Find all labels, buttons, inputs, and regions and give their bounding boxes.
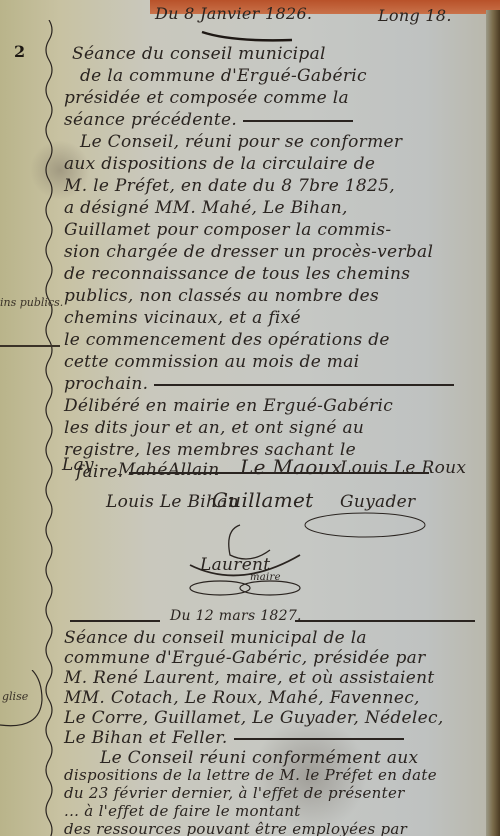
date-text: Du 8 Janvier 1826. [155,4,312,23]
signature: Le Maoux [240,455,342,479]
text-line: aux dispositions de la circulaire de [64,154,375,174]
text-line: des ressources pouvant être employées pa… [64,820,407,836]
text-line: publics, non classés au nombre des [64,286,379,306]
text-line: le commencement des opérations de [64,330,390,350]
text-line: commune d'Ergué-Gabéric, présidée par [64,648,426,668]
text-line: M. René Laurent, maire, et où assistaien… [64,668,435,688]
underline-flourish-icon [200,28,300,42]
text-line: MM. Cotach, Le Roux, Mahé, Favennec, [64,688,420,708]
signature: Guillamet [212,488,314,512]
margin-prefix: Lay [62,455,94,475]
line-filler-dash [243,120,353,122]
text-line: Guillamet pour composer la commis- [64,220,391,240]
signature: Louis Le Roux [340,458,466,478]
text-line: cette commission au mois de mai [64,352,359,372]
signature: Allain [168,460,219,480]
text-line: a désigné MM. Mahé, Le Bihan, [64,198,348,218]
text-line: de la commune d'Ergué-Gabéric [80,66,367,86]
text-line: Le Corre, Guillamet, Le Guyader, Nédelec… [64,708,444,728]
text-line: séance précédente. [64,110,353,130]
line-filler-dash [234,738,404,740]
text-line: dispositions de la lettre de M. le Préfe… [64,766,437,784]
folio-mark: 2 [14,42,25,61]
text-line: Le Conseil, réuni pour se conformer [80,132,402,152]
line-filler-dash [154,384,454,386]
text-line: les dits jour et an, et ont signé au [64,418,364,438]
text-line: prochain. [64,374,454,394]
heading-rule [70,620,160,622]
heading-rule [295,620,475,622]
text-line: Délibéré en mairie en Ergué-Gabéric [64,396,393,416]
margin-note: ins publics. [0,296,63,309]
signature: Mahé [118,460,168,480]
text-line: de reconnaissance de tous les chemins [64,264,410,284]
page-edge [486,10,500,836]
text-line: Séance du conseil municipal de la [64,628,367,648]
text-line: sion chargée de dresser un procès-verbal [64,242,433,262]
entry1-date-heading: Du 8 Janvier 1826. [155,4,312,23]
entry1-page-ref: Long 18. [378,6,452,25]
text-line: du 23 février dernier, à l'effet de prés… [64,784,405,802]
text-line: M. le Préfet, en date du 8 7bre 1825, [64,176,395,196]
mayor-flourish-icon [160,520,330,600]
text-line: chemins vicinaux, et a fixé [64,308,301,328]
text-line: présidée et composée comme la [64,88,349,108]
text-span: séance précédente. [64,110,237,130]
margin-note: glise [2,690,28,703]
margin-divider [0,345,60,347]
text-span: prochain. [64,374,148,394]
entry2-date-heading: Du 12 mars 1827. [170,608,302,624]
text-line: Le Conseil réuni conformément aux [100,748,418,768]
text-line: Séance du conseil municipal [72,44,326,64]
text-span: Le Bihan et Feller. [64,728,228,748]
text-line: Le Bihan et Feller. [64,728,404,748]
document-photo: 2 Du 8 Janvier 1826. Long 18. Séance du … [0,0,500,836]
text-line: ... à l'effet de faire le montant [64,802,301,820]
